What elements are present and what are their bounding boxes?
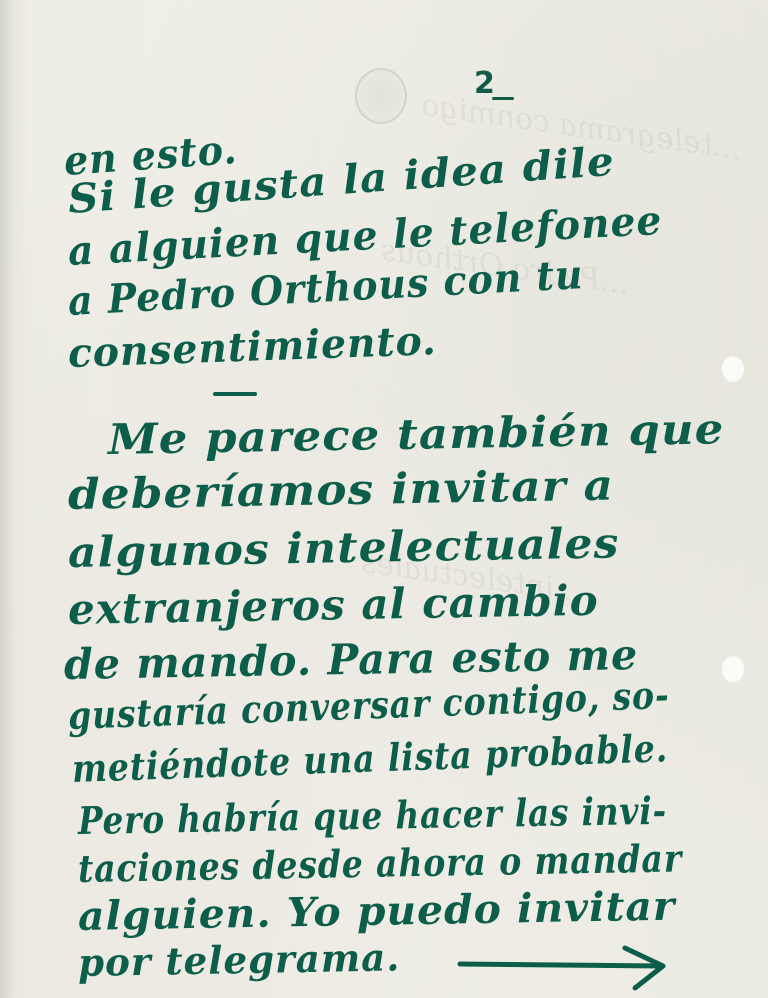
embossed-seal-icon	[355, 68, 407, 124]
handwritten-line: consentimiento.	[67, 317, 437, 377]
page-number: 2	[474, 66, 496, 101]
handwritten-line: deberíamos invitar a	[68, 460, 615, 519]
handwritten-line: alguien. Yo puedo invitar	[78, 883, 676, 940]
continuation-arrow-icon	[455, 942, 685, 992]
punch-hole	[722, 656, 744, 682]
handwritten-line: metiéndote una lista probable.	[71, 725, 668, 791]
handwritten-line: Pero habría que hacer las invi-	[78, 788, 668, 843]
letter-page: …telegrama conmigo …Pedro Orthous …intel…	[0, 0, 768, 998]
section-separator	[213, 392, 257, 396]
handwritten-line: Me parece también que	[108, 404, 725, 464]
handwritten-line: algunos intelectuales	[68, 518, 620, 577]
paper-edge-shadow	[0, 0, 14, 998]
punch-hole	[722, 356, 744, 382]
handwritten-line: extranjeros al cambio	[68, 576, 600, 634]
handwritten-line: por telegrama.	[78, 934, 401, 985]
handwritten-line: taciones desde ahora o mandar	[78, 835, 683, 891]
